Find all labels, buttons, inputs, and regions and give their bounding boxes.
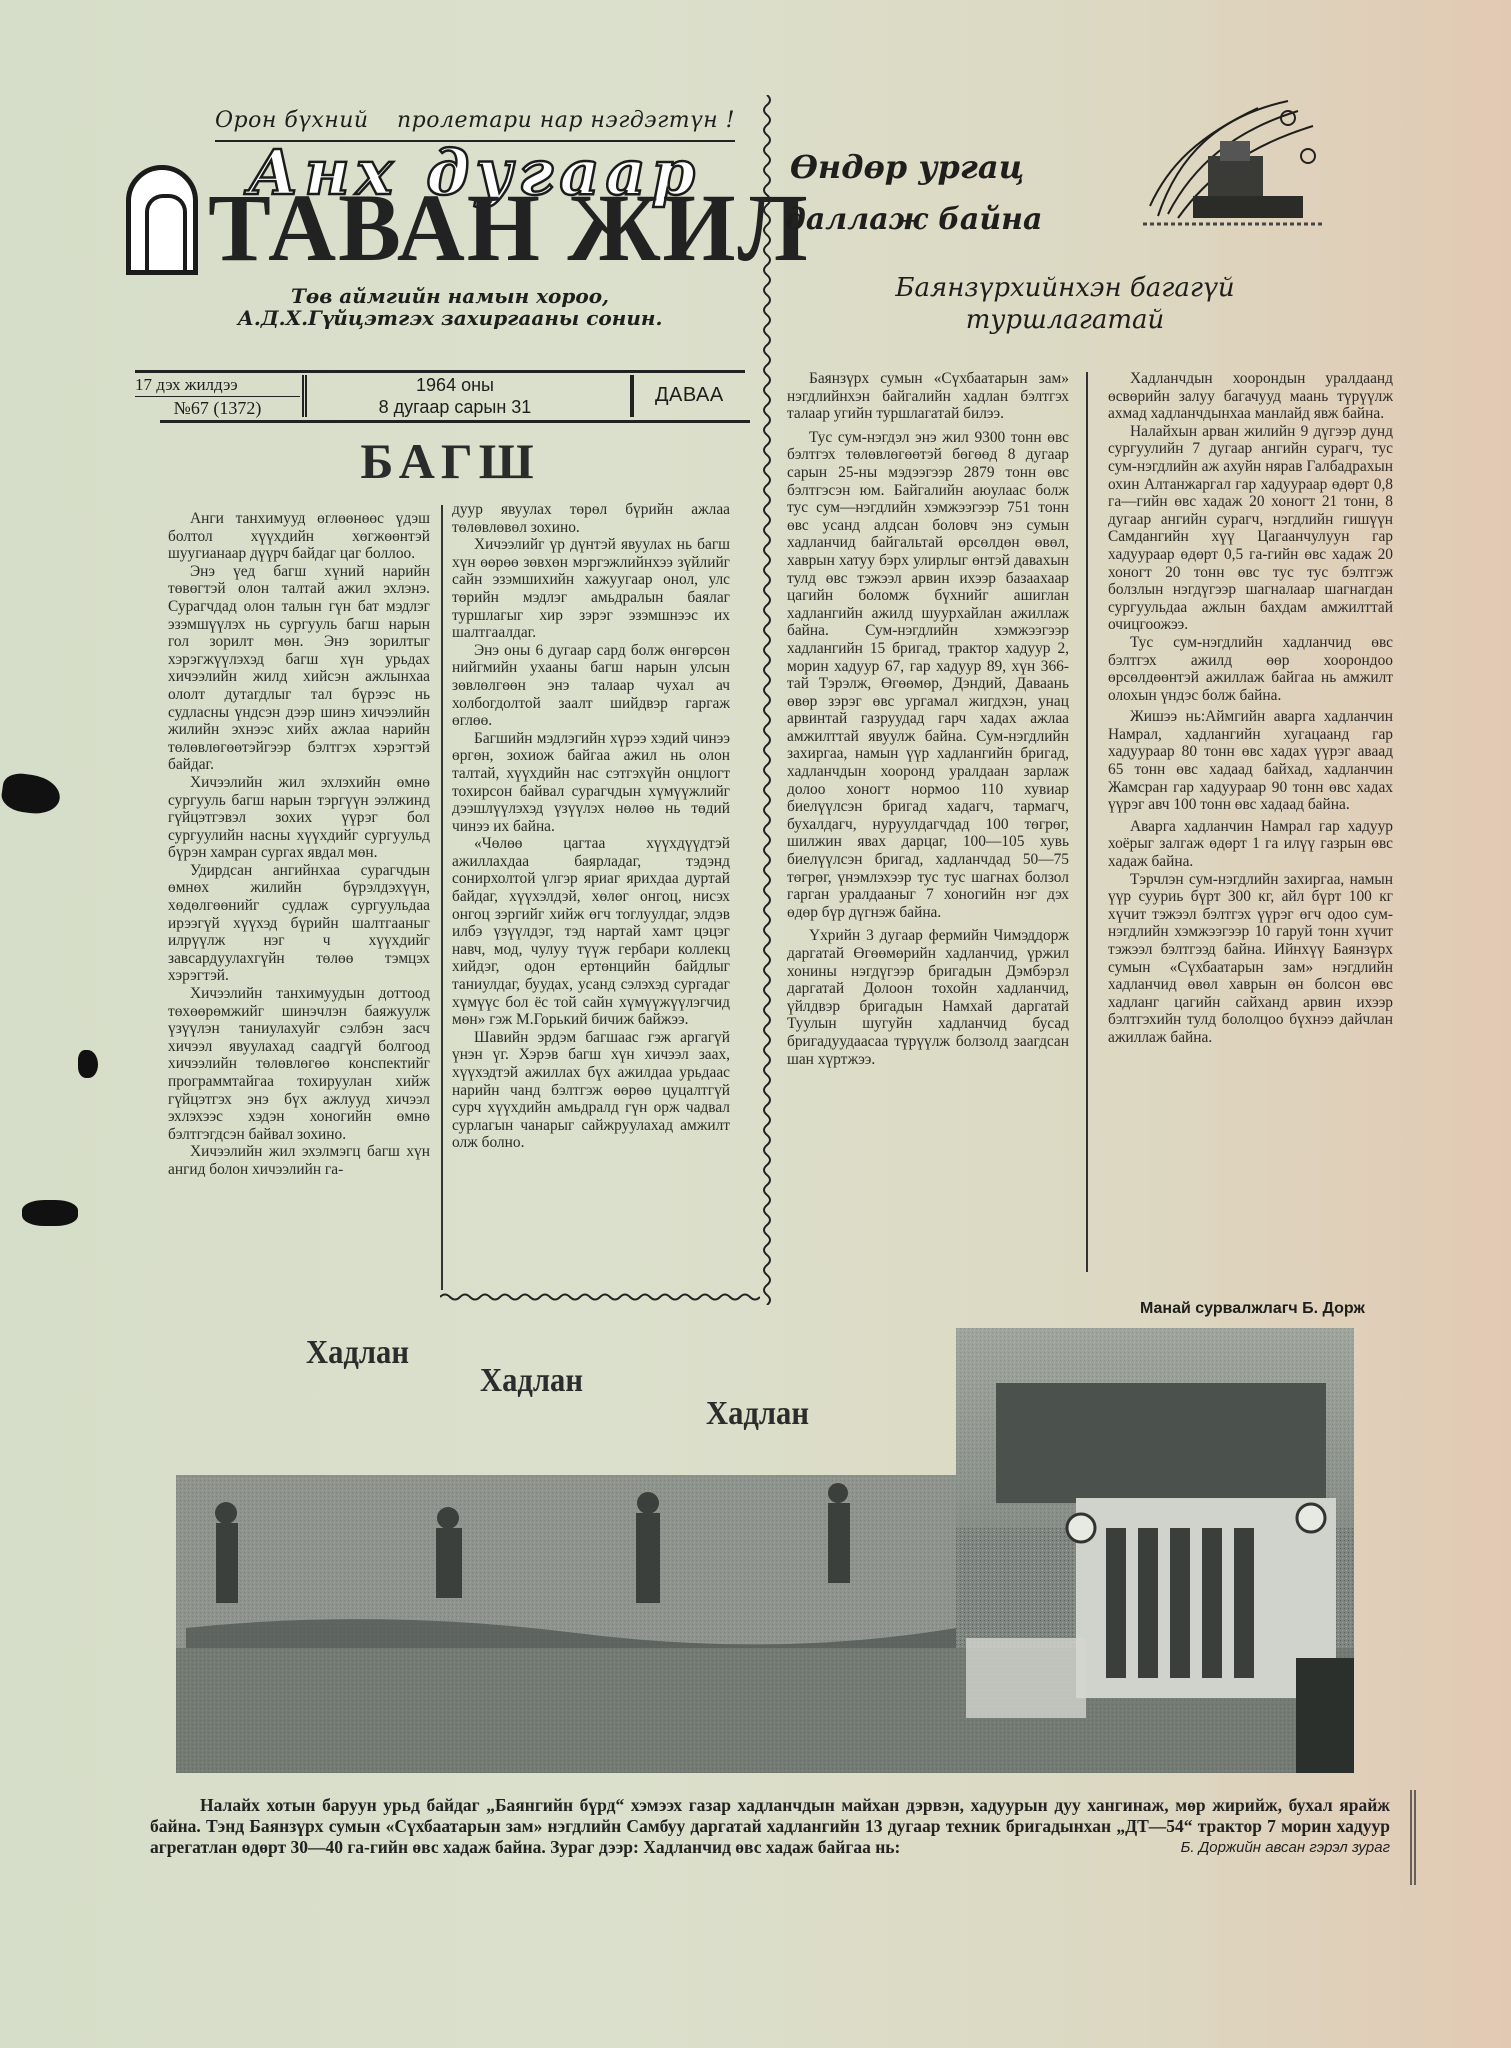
- harvest-subheading: Баянзүрхийнхэн багагүй туршлагатай: [860, 272, 1270, 336]
- issue-date-block: 1964 оны 8 дугаар сарын 31: [320, 374, 590, 418]
- caption-edge-mark: [1410, 1790, 1416, 1885]
- paragraph: Хичээлийг үр дүнтэй явуулах нь багш хүн …: [452, 536, 730, 642]
- paragraph: Тэрчлэн сум-нэгдлийн захиргаа, намын үүр…: [1108, 871, 1393, 1047]
- issue-number: №67 (1372): [135, 396, 300, 419]
- slogan-right: пролетари нар нэгдэгтүн !: [397, 108, 735, 133]
- column-divider: [1086, 372, 1088, 1272]
- slogan-left: Орон бүхний: [215, 108, 369, 133]
- masthead-letter-a-icon: [126, 165, 198, 275]
- info-separator: [630, 375, 634, 417]
- paragraph: Тус сум-нэгдлийн хадланчид өвс бэлтгэх а…: [1108, 634, 1393, 704]
- article-title-teacher: БАГШ: [360, 432, 540, 490]
- paragraph: Хичээлийн жил эхэлмэгц багш хүн ангид бо…: [168, 1143, 430, 1178]
- paragraph: Удирдсан ангийнхаа сурагчдын өмнөх жилий…: [168, 862, 430, 985]
- column-divider: [441, 505, 443, 1290]
- photo-headline-word-3: Хадлан: [706, 1395, 809, 1433]
- harvest-article-column-2: Хадланчдын хоорондын уралдаанд өсвөрийн …: [1108, 370, 1393, 1047]
- paragraph: Хичээлийн жил эхлэхийн өмнө сургууль баг…: [168, 774, 430, 862]
- paragraph: дуур явуулах төрөл бүрийн ажлаа төлөвлөв…: [452, 501, 730, 536]
- paragraph: Шавийн эрдэм багшаас гэж аргагүй үнэн үг…: [452, 1029, 730, 1152]
- issue-date-year: 1964 оны: [320, 374, 590, 396]
- paper-damage-mark: [0, 771, 62, 817]
- paragraph: Багшийн мэдлэгийн хүрээ хэдий чинээ өргө…: [452, 730, 730, 836]
- info-bar-rule-top: [135, 370, 745, 373]
- subtitle-line-1: Төв аймгийн намын хороо,: [180, 285, 720, 307]
- paper-damage-mark: [22, 1200, 78, 1226]
- wavy-divider-horizontal: [440, 1292, 760, 1302]
- paragraph: «Чөлөө цагтаа хүүхдүүдтэй ажиллахдаа бая…: [452, 835, 730, 1029]
- masthead-subtitle: Төв аймгийн намын хороо, А.Д.Х.Гүйцэтгэх…: [180, 285, 720, 329]
- teacher-article-column-1: Анги танхимууд өглөөнөөс үдэш болтол хүү…: [168, 510, 430, 1179]
- paragraph: Энэ оны 6 дугаар сард болж өнгөрсөн нийг…: [452, 642, 730, 730]
- harvest-article-column-1: Баянзүрх сумын «Сүхбаатарын зам» нэгдлий…: [787, 370, 1069, 1068]
- info-separator: [302, 375, 307, 417]
- paper-damage-mark: [78, 1050, 98, 1078]
- paragraph: Тус сум-нэгдэл энэ жил 9300 тонн өвс бэл…: [787, 429, 1069, 922]
- issue-volume-block: 17 дэх жилдээ №67 (1372): [135, 374, 300, 419]
- paragraph: Энэ үед багш хүний нарийн төвөгтэй олон …: [168, 563, 430, 774]
- paragraph: Баянзүрх сумын «Сүхбаатарын зам» нэгдлий…: [787, 370, 1069, 423]
- photo-headline-word-2: Хадлан: [480, 1362, 583, 1400]
- combine-harvester-illustration-icon: [1138, 96, 1330, 236]
- photo-credit: Б. Доржийн авсан гэрэл зураг: [1131, 1837, 1390, 1858]
- paragraph: Үхрийн 3 дугаар фермийн Чимэддорж даргат…: [787, 927, 1069, 1068]
- teacher-article-column-2: дуур явуулах төрөл бүрийн ажлаа төлөвлөв…: [452, 501, 730, 1152]
- masthead-slogan: Орон бүхний пролетари нар нэгдэгтүн !: [215, 108, 735, 133]
- paragraph: Хичээлийн танхимуудын доттоод төхөөрөмжи…: [168, 985, 430, 1143]
- paragraph: Хадланчдын хоорондын уралдаанд өсвөрийн …: [1108, 370, 1393, 423]
- harvest-heading-line-2: даллаж байна: [785, 202, 1043, 237]
- wavy-divider-vertical: [761, 95, 773, 1305]
- photo-caption: Налайх хотын баруун урьд байдаг „Баянгий…: [150, 1795, 1390, 1858]
- photo-headline-word-1: Хадлан: [306, 1334, 409, 1372]
- article-byline: Манай сурвалжлагч Б. Дорж: [1140, 1300, 1365, 1318]
- paragraph: Анги танхимууд өглөөнөөс үдэш болтол хүү…: [168, 510, 430, 563]
- paragraph: Жишээ нь:Аймгийн аварга хадланчин Намрал…: [1108, 708, 1393, 814]
- issue-date-day: 8 дугаар сарын 31: [320, 396, 590, 418]
- subtitle-line-2: А.Д.Х.Гүйцэтгэх захиргааны сонин.: [180, 307, 720, 329]
- paragraph: Налайхын арван жилийн 9 дүгээр дунд сург…: [1108, 423, 1393, 634]
- publication-year: 17 дэх жилдээ: [135, 374, 300, 396]
- harvest-heading-line-1: Өндөр ургац: [790, 148, 1024, 186]
- issue-weekday: ДАВАА: [655, 384, 724, 407]
- paragraph: Аварга хадланчин Намрал гар хадуур хоёры…: [1108, 818, 1393, 871]
- info-bar-rule-bottom: [160, 420, 750, 423]
- masthead-main-title: ТАВАН ЖИЛ: [208, 180, 809, 276]
